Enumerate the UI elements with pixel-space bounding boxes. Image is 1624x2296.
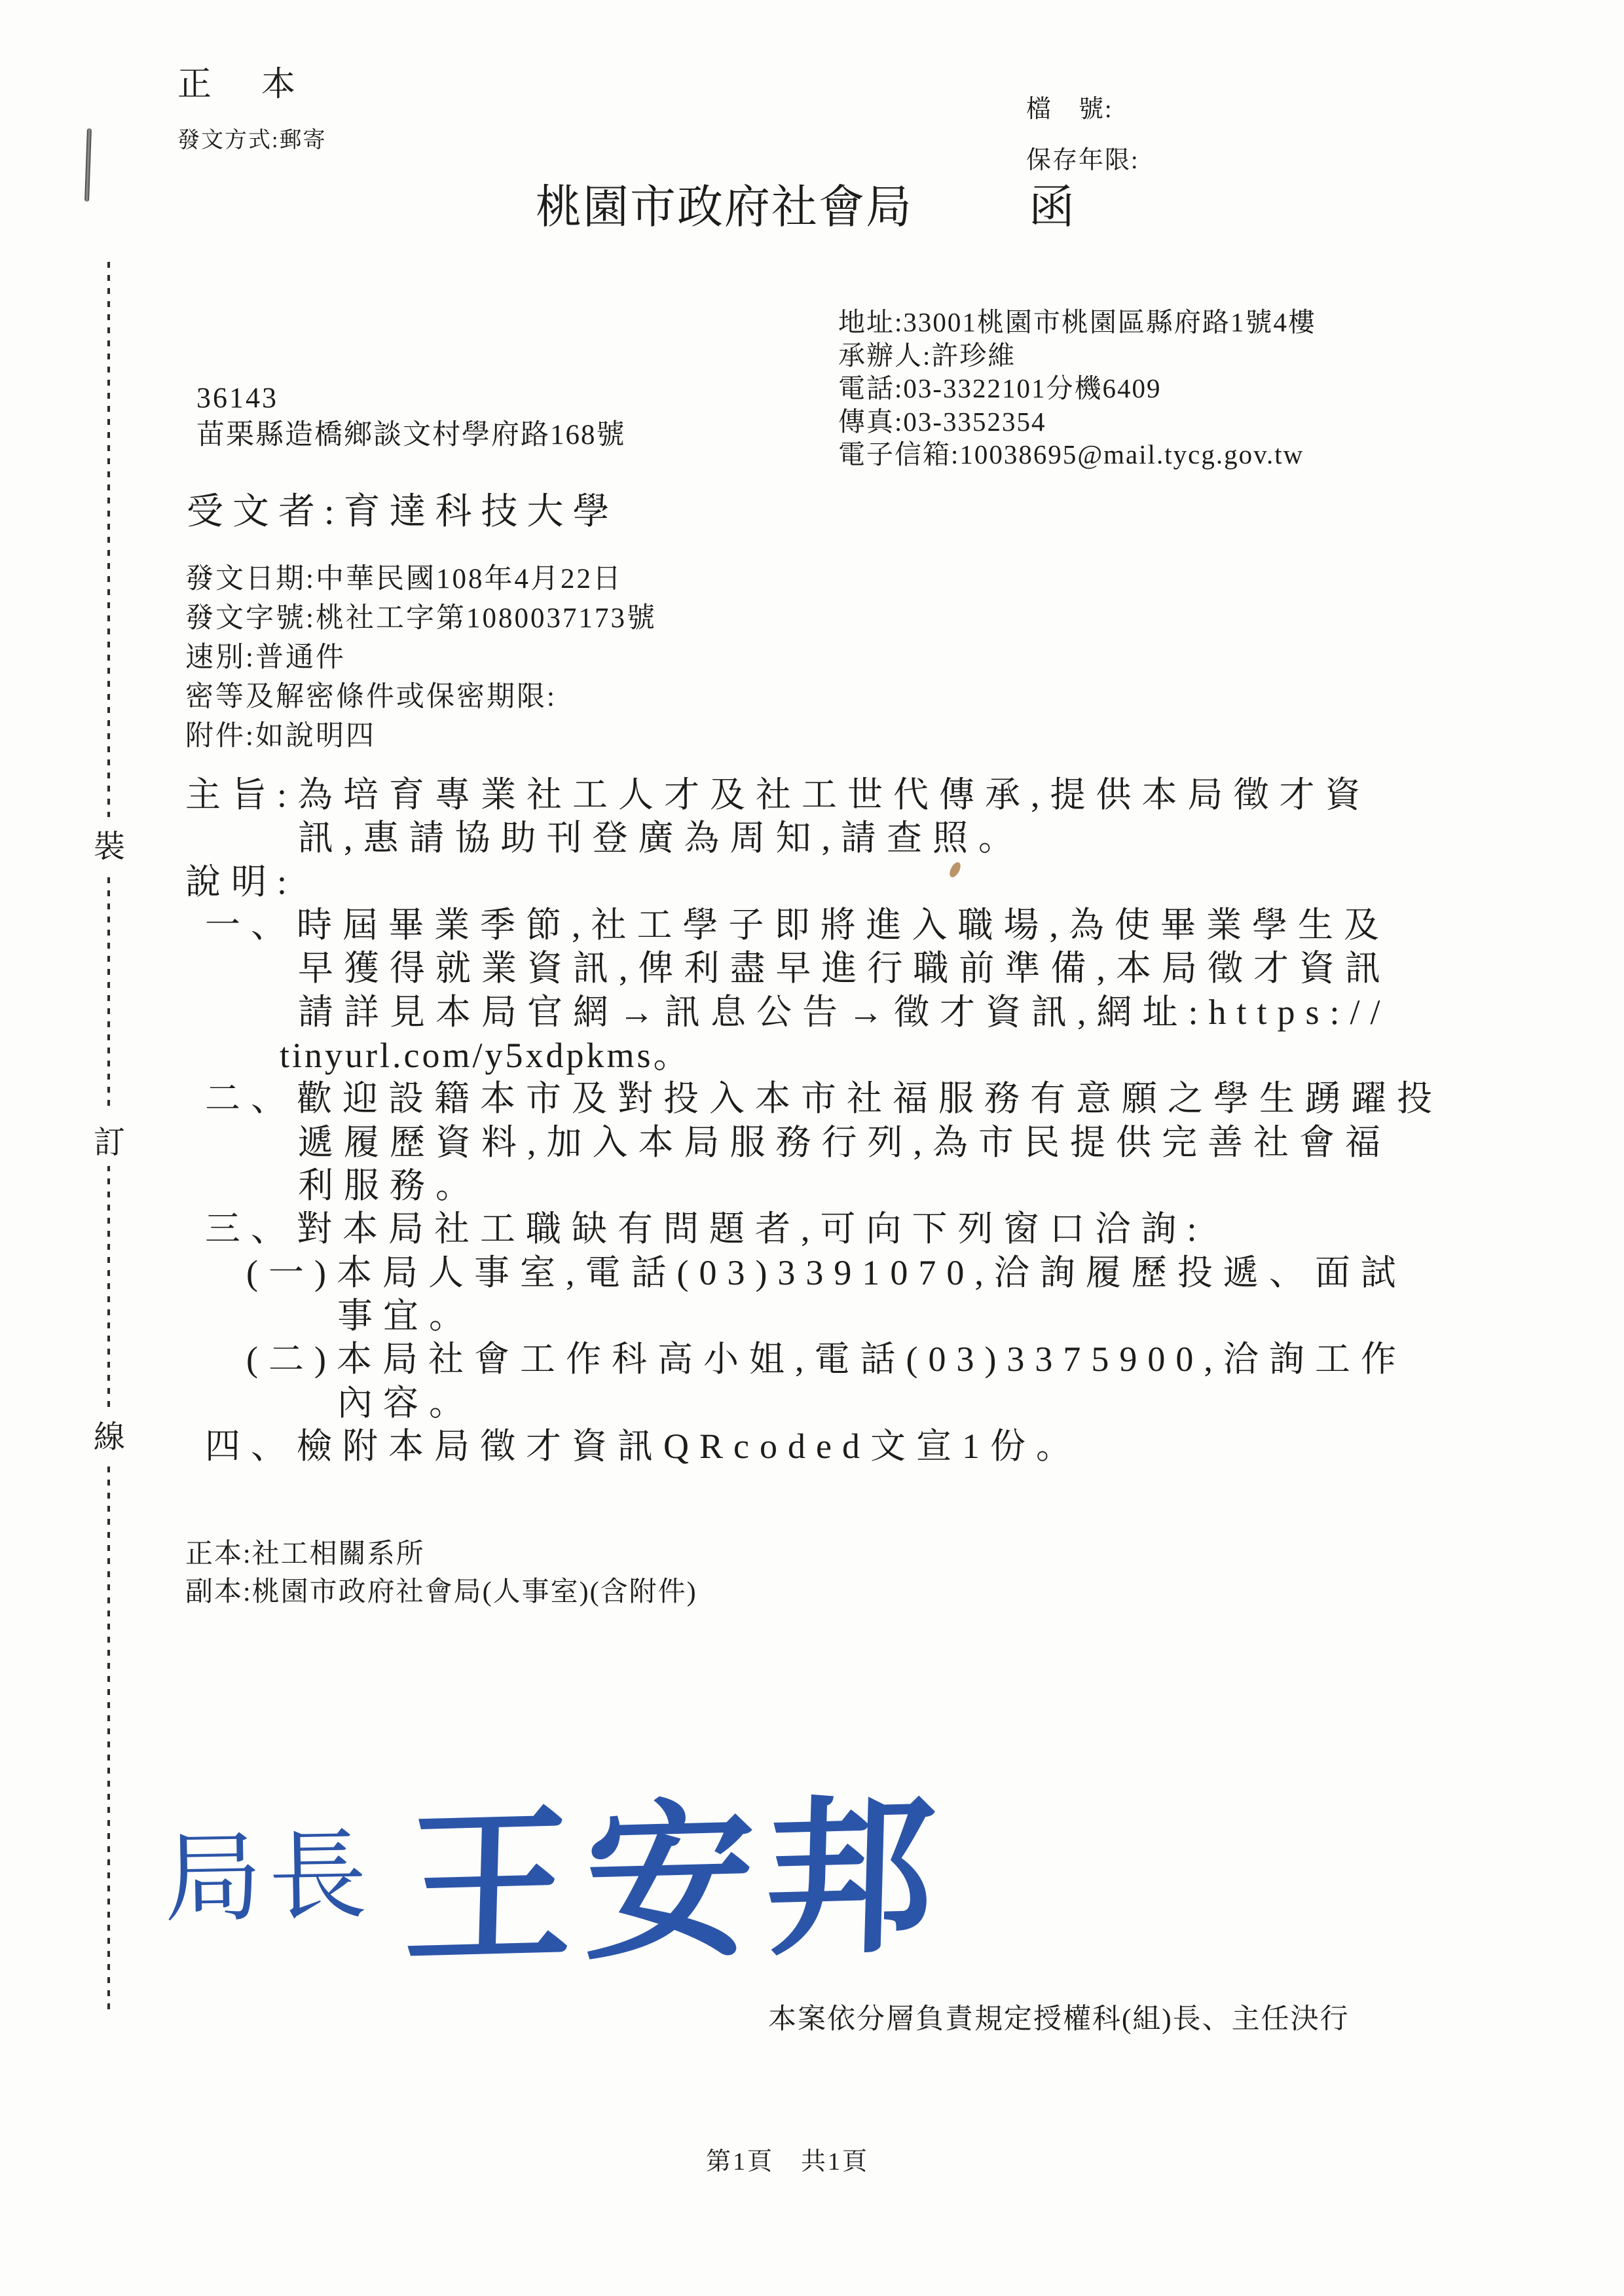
delivery-method: 發文方式:郵寄	[177, 128, 326, 153]
scan-speck	[948, 860, 963, 879]
description-label: 說明:	[185, 862, 297, 902]
binding-mark-zhuang: 裝	[91, 817, 128, 870]
cc-copy-recipients: 副本:桃園市政府社會局(人事室)(含附件)	[185, 1576, 697, 1608]
agency-fax: 傳真:03-3352354	[838, 407, 1046, 437]
signature-title: 局長	[162, 1796, 375, 1941]
original-copy-recipients: 正本:社工相關系所	[185, 1539, 425, 1570]
scan-artifact-bar	[84, 128, 92, 202]
issue-date: 發文日期:中華民國108年4月22日	[185, 563, 623, 595]
binding-mark-ding: 訂	[91, 1113, 128, 1166]
item-2-line-1: 二、歡迎設籍本市及對投入本市社福服務有意願之學生踴躍投	[205, 1078, 1443, 1119]
signature-name: 王安邦	[401, 1740, 950, 1997]
item-1-line-4-url: tinyurl.com/y5xdpkms。	[280, 1035, 691, 1076]
file-number-label: 檔 號:	[1026, 96, 1113, 124]
item-4-line-1: 四、檢附本局徵才資訊QRcoded文宣1份。	[205, 1426, 1082, 1467]
copy-type-label: 正 本	[177, 65, 303, 105]
issuing-agency-title: 桃園市政府社會局	[536, 182, 913, 235]
recipient-line: 受文者:育達科技大學	[187, 491, 619, 533]
agency-email: 電子信箱:10038695@mail.tycg.gov.tw	[838, 439, 1304, 470]
document-number: 發文字號:桃社工字第1080037173號	[185, 602, 657, 634]
binding-mark-xian: 線	[91, 1408, 128, 1461]
agency-contact-person: 承辦人:許珍維	[838, 340, 1016, 371]
item-2-line-2: 遞履歷資料,加入本局服務行列,為市民提供完善社會福	[298, 1122, 1391, 1163]
agency-address: 地址:33001桃園市桃園區縣府路1號4樓	[838, 307, 1316, 338]
item-3-line-1: 三、對本局社工職缺有問題者,可向下列窗口洽詢:	[205, 1209, 1208, 1249]
item-3-1-line-2: 事宜。	[337, 1296, 475, 1336]
page-number: 第1頁 共1頁	[706, 2148, 869, 2177]
item-1-line-2: 早獲得就業資訊,俾利盡早進行職前準備,本局徵才資訊	[298, 948, 1391, 989]
item-3-2-line-2: 內容。	[337, 1383, 475, 1423]
item-3-2-line-1: (二)本局社會工作科高小姐,電話(03)3375900,洽詢工作	[246, 1339, 1407, 1379]
priority-level: 速別:普通件	[185, 642, 346, 674]
retention-period-label: 保存年限:	[1026, 147, 1139, 175]
subject-line-1: 主旨:為培育專業社工人才及社工世代傳承,提供本局徵才資	[185, 774, 1371, 815]
agency-phone: 電話:03-3322101分機6409	[838, 373, 1162, 404]
item-3-1-line-1: (一)本局人事室,電話(03)3391070,洽詢履歷投遞、面試	[246, 1252, 1407, 1293]
director-signature: 局長 王安邦	[164, 1747, 947, 1990]
recipient-zip: 36143	[196, 382, 278, 415]
recipient-street-address: 苗栗縣造橋鄉談文村學府路168號	[196, 419, 626, 451]
subject-line-2: 訊,惠請協助刊登廣為周知,請查照。	[298, 818, 1024, 858]
attachment-note: 附件:如說明四	[185, 720, 376, 752]
item-1-line-1: 一、時屆畢業季節,社工學子即將進入職場,為使畢業學生及	[205, 905, 1390, 945]
security-classification: 密等及解密條件或保密期限:	[185, 681, 557, 713]
document-type: 函	[1029, 182, 1075, 235]
scanned-official-letter: 裝 訂 線 正 本 發文方式:郵寄 檔 號: 保存年限: 桃園市政府社會局 函 …	[0, 0, 1624, 2296]
item-2-line-3: 利服務。	[298, 1165, 481, 1206]
authorization-note: 本案依分層負責規定授權科(組)長、主任決行	[768, 2003, 1350, 2035]
item-1-line-3: 請詳見本局官網→訊息公告→徵才資訊,網址:https://	[298, 992, 1391, 1032]
